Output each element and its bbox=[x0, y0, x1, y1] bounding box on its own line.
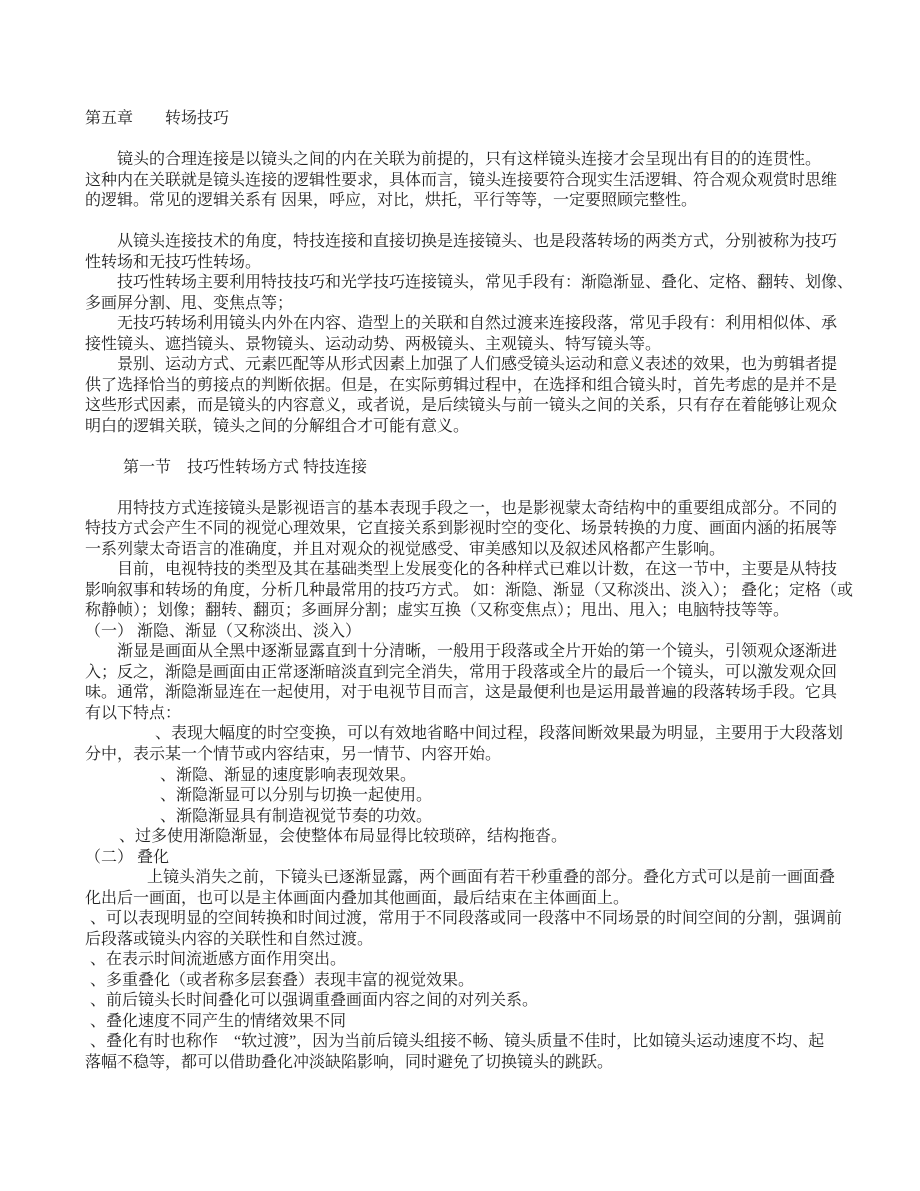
document-page: 第五章 转场技巧 镜头的合理连接是以镜头之间的内在关联为前提的，只有这样镜头连接… bbox=[0, 0, 920, 1191]
text-line: 入；反之，渐隐是画面由正常逐渐暗淡直到完全消失，常用于段落或全片的最后一个镜头，… bbox=[85, 663, 885, 684]
text-line: 上镜头消失之前，下镜头已逐渐显露，两个画面有若干秒重叠的部分。叠化方式可以是前一… bbox=[85, 868, 885, 889]
text-line: 一系列蒙太奇语言的准确度，并且对观众的视觉感受、审美感知以及叙述风格都产生影响。 bbox=[85, 540, 885, 561]
text-line: 分中，表示某一个情节或内容结束，另一情节、内容开始。 bbox=[85, 745, 885, 766]
document-content: 第五章 转场技巧 镜头的合理连接是以镜头之间的内在关联为前提的，只有这样镜头连接… bbox=[85, 109, 885, 1073]
text-line: 味。通常，渐隐渐显连在一起使用，对于电视节目而言，这是最便利也是运用最普遍的段落… bbox=[85, 683, 885, 704]
list-item: 、前后镜头长时间叠化可以强调重叠画面内容之间的对列关系。 bbox=[85, 991, 885, 1012]
list-item: 、可以表现明显的空间转换和时间过渡，常用于不同段落或同一段落中不同场景的时间空间… bbox=[85, 909, 885, 930]
text-line: 渐显是画面从全黑中逐渐显露直到十分清晰，一般用于段落或全片开始的第一个镜头，引领… bbox=[85, 642, 885, 663]
text-line: 的逻辑。常见的逻辑关系有 因果，呼应，对比，烘托，平行等等，一定要照顾完整性。 bbox=[85, 191, 885, 212]
text-line: 目前，电视特技的类型及其在基础类型上发展变化的各种样式已难以计数，在这一节中，主… bbox=[85, 560, 885, 581]
text-line: 有以下特点： bbox=[85, 704, 885, 725]
text-line: 这些形式因素，而是镜头的内容意义，或者说，是后续镜头与前一镜头之间的关系，只有存… bbox=[85, 396, 885, 417]
text-line: 无技巧转场利用镜头内外在内容、造型上的关联和自然过渡来连接段落，常见手段有：利用… bbox=[85, 314, 885, 335]
text-line: 特技方式会产生不同的视觉心理效果，它直接关系到影视时空的变化、场景转换的力度、画… bbox=[85, 519, 885, 540]
text-line: 用特技方式连接镜头是影视语言的基本表现手段之一，也是影视蒙太奇结构中的重要组成部… bbox=[85, 499, 885, 520]
text-line: 落幅不稳等，都可以借助叠化冲淡缺陷影响，同时避免了切换镜头的跳跃。 bbox=[85, 1053, 885, 1074]
text-line: 这种内在关联就是镜头连接的逻辑性要求，具体而言，镜头连接要符合现实生活逻辑、符合… bbox=[85, 171, 885, 192]
text-line: 供了选择恰当的剪接点的判断依据。但是，在实际剪辑过程中，在选择和组合镜头时，首先… bbox=[85, 376, 885, 397]
text-line: 从镜头连接技术的角度，特技连接和直接切换是连接镜头、也是段落转场的两类方式，分别… bbox=[85, 232, 885, 253]
blank-line bbox=[85, 130, 885, 151]
text-line: 镜头的合理连接是以镜头之间的内在关联为前提的，只有这样镜头连接才会呈现出有目的的… bbox=[85, 150, 885, 171]
list-item: 、表现大幅度的时空变换，可以有效地省略中间过程，段落间断效果最为明显，主要用于大… bbox=[85, 724, 885, 745]
text-line: 技巧性转场主要利用特技技巧和光学技巧连接镜头，常见手段有：渐隐渐显、叠化、定格、… bbox=[85, 273, 885, 294]
text-line: 称静帧）；划像；翻转、翻页；多画屏分割；虚实互换（又称变焦点）；甩出、甩入；电脑… bbox=[85, 601, 885, 622]
text-line: 接性镜头、遮挡镜头、景物镜头、运动动势、两极镜头、主观镜头、特写镜头等。 bbox=[85, 335, 885, 356]
list-item: 、渐隐渐显可以分别与切换一起使用。 bbox=[85, 786, 885, 807]
blank-line bbox=[85, 212, 885, 233]
list-item: 、叠化速度不同产生的情绪效果不同 bbox=[85, 1012, 885, 1033]
subsection-heading: （一） 渐隐、渐显（又称淡出、淡入） bbox=[85, 622, 885, 643]
text-line: 明白的逻辑关联，镜头之间的分解组合才可能有意义。 bbox=[85, 417, 885, 438]
blank-line bbox=[85, 437, 885, 458]
text-line: 后段落或镜头内容的关联性和自然过渡。 bbox=[85, 930, 885, 951]
list-item: 、叠化有时也称作 “软过渡”，因为当前后镜头组接不畅、镜头质量不佳时，比如镜头运… bbox=[85, 1032, 885, 1053]
chapter-heading: 第五章 转场技巧 bbox=[85, 109, 885, 130]
text-line: 多画屏分割、甩、变焦点等； bbox=[85, 294, 885, 315]
list-item: 、渐隐、渐显的速度影响表现效果。 bbox=[85, 766, 885, 787]
text-line: 景别、运动方式、元素匹配等从形式因素上加强了人们感受镜头运动和意义表述的效果，也… bbox=[85, 355, 885, 376]
section-heading: 第一节 技巧性转场方式 特技连接 bbox=[85, 458, 885, 479]
list-item: 、渐隐渐显具有制造视觉节奏的功效。 bbox=[85, 807, 885, 828]
list-item: 、过多使用渐隐渐显，会使整体布局显得比较琐碎，结构拖沓。 bbox=[85, 827, 885, 848]
list-item: 、在表示时间流逝感方面作用突出。 bbox=[85, 950, 885, 971]
subsection-heading: （二） 叠化 bbox=[85, 848, 885, 869]
text-line: 性转场和无技巧性转场。 bbox=[85, 253, 885, 274]
list-item: 、多重叠化（或者称多层套叠）表现丰富的视觉效果。 bbox=[85, 971, 885, 992]
text-line: 影响叙事和转场的角度，分析几种最常用的技巧方式。 如：渐隐、渐显（又称淡出、淡入… bbox=[85, 581, 885, 602]
text-line: 化出后一画面，也可以是主体画面内叠加其他画面，最后结束在主体画面上。 bbox=[85, 889, 885, 910]
blank-line bbox=[85, 478, 885, 499]
